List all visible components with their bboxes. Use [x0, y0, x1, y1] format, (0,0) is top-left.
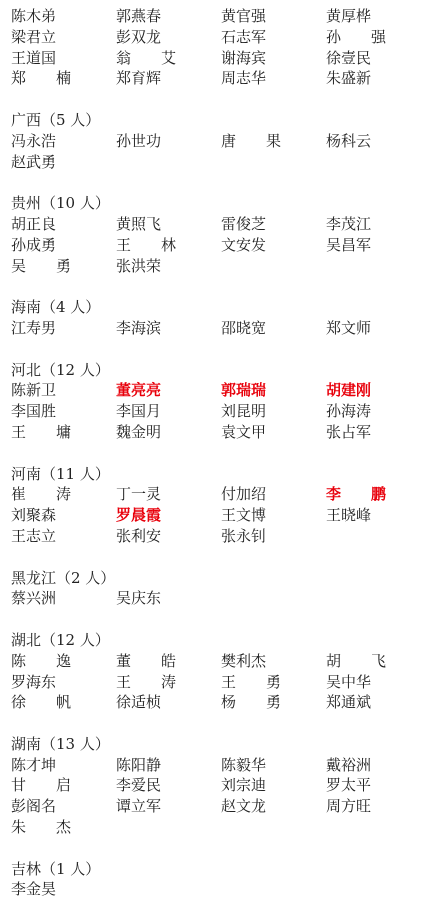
- person-name: 陈毅华: [221, 755, 266, 776]
- person-name: 吴庆东: [116, 588, 161, 609]
- name-row: 崔 涛丁一灵付加绍李 鹏: [11, 484, 444, 505]
- name-row: 刘聚森罗晨霞王文博王晓峰: [11, 505, 444, 526]
- section-gap: [11, 339, 444, 360]
- person-name: 李金昊: [11, 879, 56, 900]
- person-name: 梁君立: [11, 27, 56, 48]
- person-name: 黄厚桦: [326, 6, 371, 27]
- section-gap: [11, 713, 444, 734]
- person-name: 王 林: [116, 235, 176, 256]
- name-row: 胡正良黄照飞雷俊芝李茂江: [11, 214, 444, 235]
- person-name: 胡建刚: [326, 380, 371, 401]
- person-name: 黄官强: [221, 6, 266, 27]
- person-name: 孙成勇: [11, 235, 56, 256]
- name-row: 吴 勇张洪荣: [11, 256, 444, 277]
- person-name: 徐 帆: [11, 692, 71, 713]
- person-name: 陈才坤: [11, 755, 56, 776]
- person-name: 罗太平: [326, 775, 371, 796]
- person-name: 董亮亮: [116, 380, 161, 401]
- person-name: 李国月: [116, 401, 161, 422]
- person-name: 王志立: [11, 526, 56, 547]
- province-heading: 黑龙江（2 人）: [11, 568, 444, 589]
- person-name: 丁一灵: [116, 484, 161, 505]
- person-name: 吴中华: [326, 672, 371, 693]
- person-name: 王道国: [11, 48, 56, 69]
- person-name: 戴裕洲: [326, 755, 371, 776]
- name-list-document: 陈木弟郭燕春黄官强黄厚桦梁君立彭双龙石志军孙 强王道国翁 艾谢海宾徐壹民郑 楠郑…: [11, 6, 444, 900]
- person-name: 魏金明: [116, 422, 161, 443]
- person-name: 郑通斌: [326, 692, 371, 713]
- person-name: 谢海宾: [221, 48, 266, 69]
- person-name: 翁 艾: [116, 48, 176, 69]
- name-row: 甘 启李爱民刘宗迪罗太平: [11, 775, 444, 796]
- province-heading: 贵州（10 人）: [11, 193, 444, 214]
- person-name: 王 涛: [116, 672, 176, 693]
- person-name: 陈阳静: [116, 755, 161, 776]
- person-name: 石志军: [221, 27, 266, 48]
- person-name: 朱盛新: [326, 68, 371, 89]
- section-gap: [11, 89, 444, 110]
- person-name: 杨 勇: [221, 692, 281, 713]
- name-row: 陈 逸董 皓樊利杰胡 飞: [11, 651, 444, 672]
- name-row: 孙成勇王 林文安发吴昌军: [11, 235, 444, 256]
- person-name: 杨科云: [326, 131, 371, 152]
- person-name: 孙海涛: [326, 401, 371, 422]
- province-heading: 湖南（13 人）: [11, 734, 444, 755]
- person-name: 胡正良: [11, 214, 56, 235]
- name-row: 江寿男李海滨邵晓宽郑文师: [11, 318, 444, 339]
- province-heading: 湖北（12 人）: [11, 630, 444, 651]
- name-row: 蔡兴洲吴庆东: [11, 588, 444, 609]
- name-row: 王 墉魏金明袁文甲张占军: [11, 422, 444, 443]
- name-row: 彭阁名谭立军赵文龙周方旺: [11, 796, 444, 817]
- person-name: 彭阁名: [11, 796, 56, 817]
- person-name: 崔 涛: [11, 484, 71, 505]
- person-name: 朱 杰: [11, 817, 71, 838]
- name-row: 郑 楠郑育辉周志华朱盛新: [11, 68, 444, 89]
- person-name: 吴昌军: [326, 235, 371, 256]
- person-name: 江寿男: [11, 318, 56, 339]
- section-gap: [11, 443, 444, 464]
- person-name: 郭燕春: [116, 6, 161, 27]
- person-name: 董 皓: [116, 651, 176, 672]
- name-row: 王志立张利安张永钊: [11, 526, 444, 547]
- person-name: 刘宗迪: [221, 775, 266, 796]
- person-name: 李 鹏: [326, 484, 386, 505]
- person-name: 王文博: [221, 505, 266, 526]
- name-row: 陈木弟郭燕春黄官强黄厚桦: [11, 6, 444, 27]
- person-name: 胡 飞: [326, 651, 386, 672]
- name-row: 朱 杰: [11, 817, 444, 838]
- person-name: 李茂江: [326, 214, 371, 235]
- person-name: 罗晨霞: [116, 505, 161, 526]
- person-name: 郑育辉: [116, 68, 161, 89]
- person-name: 孙世功: [116, 131, 161, 152]
- person-name: 樊利杰: [221, 651, 266, 672]
- person-name: 徐壹民: [326, 48, 371, 69]
- person-name: 徐适桢: [116, 692, 161, 713]
- person-name: 谭立军: [116, 796, 161, 817]
- name-row: 冯永浩孙世功唐 果杨科云: [11, 131, 444, 152]
- person-name: 付加绍: [221, 484, 266, 505]
- person-name: 郭瑞瑞: [221, 380, 266, 401]
- section-gap: [11, 172, 444, 193]
- person-name: 甘 启: [11, 775, 71, 796]
- person-name: 李国胜: [11, 401, 56, 422]
- person-name: 张占军: [326, 422, 371, 443]
- name-row: 徐 帆徐适桢杨 勇郑通斌: [11, 692, 444, 713]
- name-row: 罗海东王 涛王 勇吴中华: [11, 672, 444, 693]
- person-name: 陈 逸: [11, 651, 71, 672]
- person-name: 唐 果: [221, 131, 281, 152]
- person-name: 张洪荣: [116, 256, 161, 277]
- person-name: 郑 楠: [11, 68, 71, 89]
- province-heading: 河南（11 人）: [11, 464, 444, 485]
- person-name: 王 墉: [11, 422, 71, 443]
- name-row: 陈才坤陈阳静陈毅华戴裕洲: [11, 755, 444, 776]
- person-name: 周方旺: [326, 796, 371, 817]
- person-name: 张永钊: [221, 526, 266, 547]
- person-name: 黄照飞: [116, 214, 161, 235]
- person-name: 周志华: [221, 68, 266, 89]
- person-name: 袁文甲: [221, 422, 266, 443]
- person-name: 邵晓宽: [221, 318, 266, 339]
- person-name: 罗海东: [11, 672, 56, 693]
- person-name: 郑文师: [326, 318, 371, 339]
- section-gap: [11, 547, 444, 568]
- province-heading: 吉林（1 人）: [11, 859, 444, 880]
- name-row: 王道国翁 艾谢海宾徐壹民: [11, 48, 444, 69]
- name-row: 李国胜李国月刘昆明孙海涛: [11, 401, 444, 422]
- person-name: 赵文龙: [221, 796, 266, 817]
- name-row: 李金昊: [11, 879, 444, 900]
- section-gap: [11, 276, 444, 297]
- person-name: 冯永浩: [11, 131, 56, 152]
- person-name: 孙 强: [326, 27, 386, 48]
- person-name: 雷俊芝: [221, 214, 266, 235]
- person-name: 张利安: [116, 526, 161, 547]
- person-name: 赵武勇: [11, 152, 56, 173]
- person-name: 文安发: [221, 235, 266, 256]
- section-gap: [11, 609, 444, 630]
- person-name: 王 勇: [221, 672, 281, 693]
- name-row: 陈新卫董亮亮郭瑞瑞胡建刚: [11, 380, 444, 401]
- person-name: 王晓峰: [326, 505, 371, 526]
- name-row: 梁君立彭双龙石志军孙 强: [11, 27, 444, 48]
- person-name: 彭双龙: [116, 27, 161, 48]
- person-name: 陈新卫: [11, 380, 56, 401]
- province-heading: 广西（5 人）: [11, 110, 444, 131]
- person-name: 刘聚森: [11, 505, 56, 526]
- person-name: 吴 勇: [11, 256, 71, 277]
- section-gap: [11, 838, 444, 859]
- name-row: 赵武勇: [11, 152, 444, 173]
- person-name: 李海滨: [116, 318, 161, 339]
- province-heading: 河北（12 人）: [11, 360, 444, 381]
- person-name: 李爱民: [116, 775, 161, 796]
- person-name: 陈木弟: [11, 6, 56, 27]
- person-name: 蔡兴洲: [11, 588, 56, 609]
- province-heading: 海南（4 人）: [11, 297, 444, 318]
- person-name: 刘昆明: [221, 401, 266, 422]
